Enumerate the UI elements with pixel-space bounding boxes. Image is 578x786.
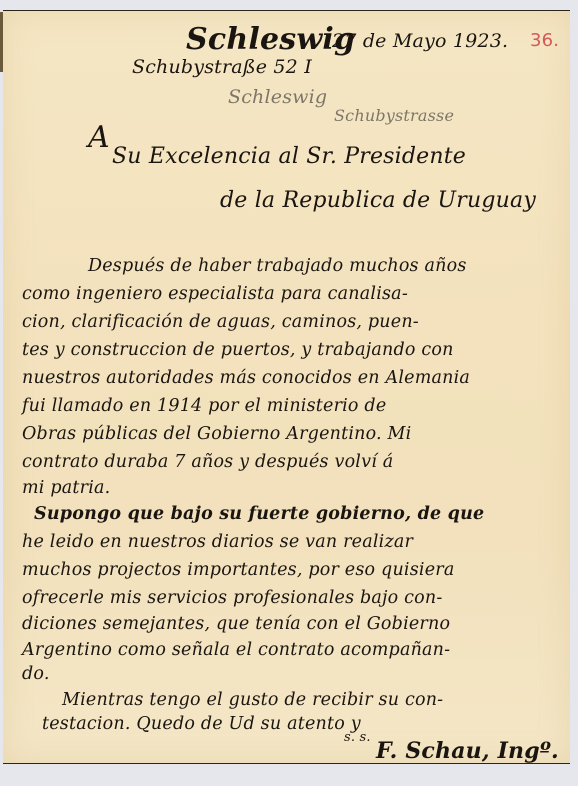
salutation-prefix: A <box>88 120 110 155</box>
body-line: Obras públicas del Gobierno Argentino. M… <box>22 424 411 444</box>
stamp-city: Schleswig <box>228 86 327 108</box>
body-line: nuestros autoridades más conocidos en Al… <box>22 368 470 388</box>
body-line: diciones semejantes, que tenía con el Go… <box>22 614 450 634</box>
sender-address: Schubystraße 52 I <box>132 56 312 78</box>
body-line: contrato duraba 7 años y después volví á <box>22 452 393 472</box>
closing-abbrev: s. s. <box>344 730 371 745</box>
body-line: Supongo que bajo su fuerte gobierno, de … <box>34 504 484 524</box>
body-line: mi patria. <box>22 478 110 498</box>
stamp-street: Schubystrasse <box>334 106 454 125</box>
body-line: tes y construccion de puertos, y trabaja… <box>22 340 454 360</box>
body-line: como ingeniero especialista para canalis… <box>22 284 408 304</box>
recipient-line-1: Su Excelencia al Sr. Presidente <box>112 144 466 169</box>
body-line: Después de haber trabajado muchos años <box>88 256 467 276</box>
letter-date: 27 de Mayo 1923. <box>332 30 508 52</box>
body-line: do. <box>22 664 50 684</box>
body-line: fui llamado en 1914 por el ministerio de <box>22 396 386 416</box>
body-line: muchos projectos importantes, por eso qu… <box>22 560 454 580</box>
recipient-line-2: de la Republica de Uruguay <box>220 188 536 213</box>
signature: F. Schau, Ingº. <box>376 738 559 764</box>
folio-number: 36. <box>530 30 559 51</box>
paper-edge <box>0 12 3 72</box>
body-line: Argentino como señala el contrato acompa… <box>22 640 450 660</box>
body-line: cion, clarificación de aguas, caminos, p… <box>22 312 419 332</box>
body-line: testacion. Quedo de Ud su atento y <box>42 714 361 734</box>
body-line: Mientras tengo el gusto de recibir su co… <box>62 690 443 710</box>
place-city: Schleswig <box>186 22 355 57</box>
body-line: ofrecerle mis servicios profesionales ba… <box>22 588 443 608</box>
body-line: he leido en nuestros diarios se van real… <box>22 532 413 552</box>
